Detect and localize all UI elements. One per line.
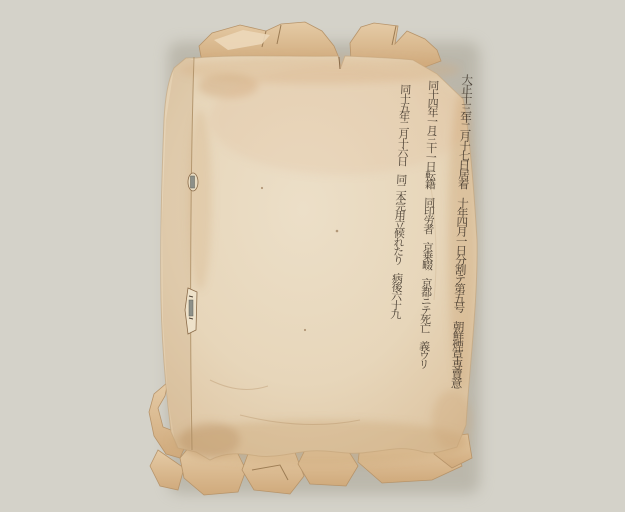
staple-top (191, 176, 195, 188)
staple-bottom (189, 300, 193, 316)
photo-backdrop: 大正十三年二月十七日居着 十年四月一日分割テ第五号 朝鮮煙草専賣意 同十四年一月… (0, 0, 625, 512)
paper-stack (0, 0, 625, 512)
